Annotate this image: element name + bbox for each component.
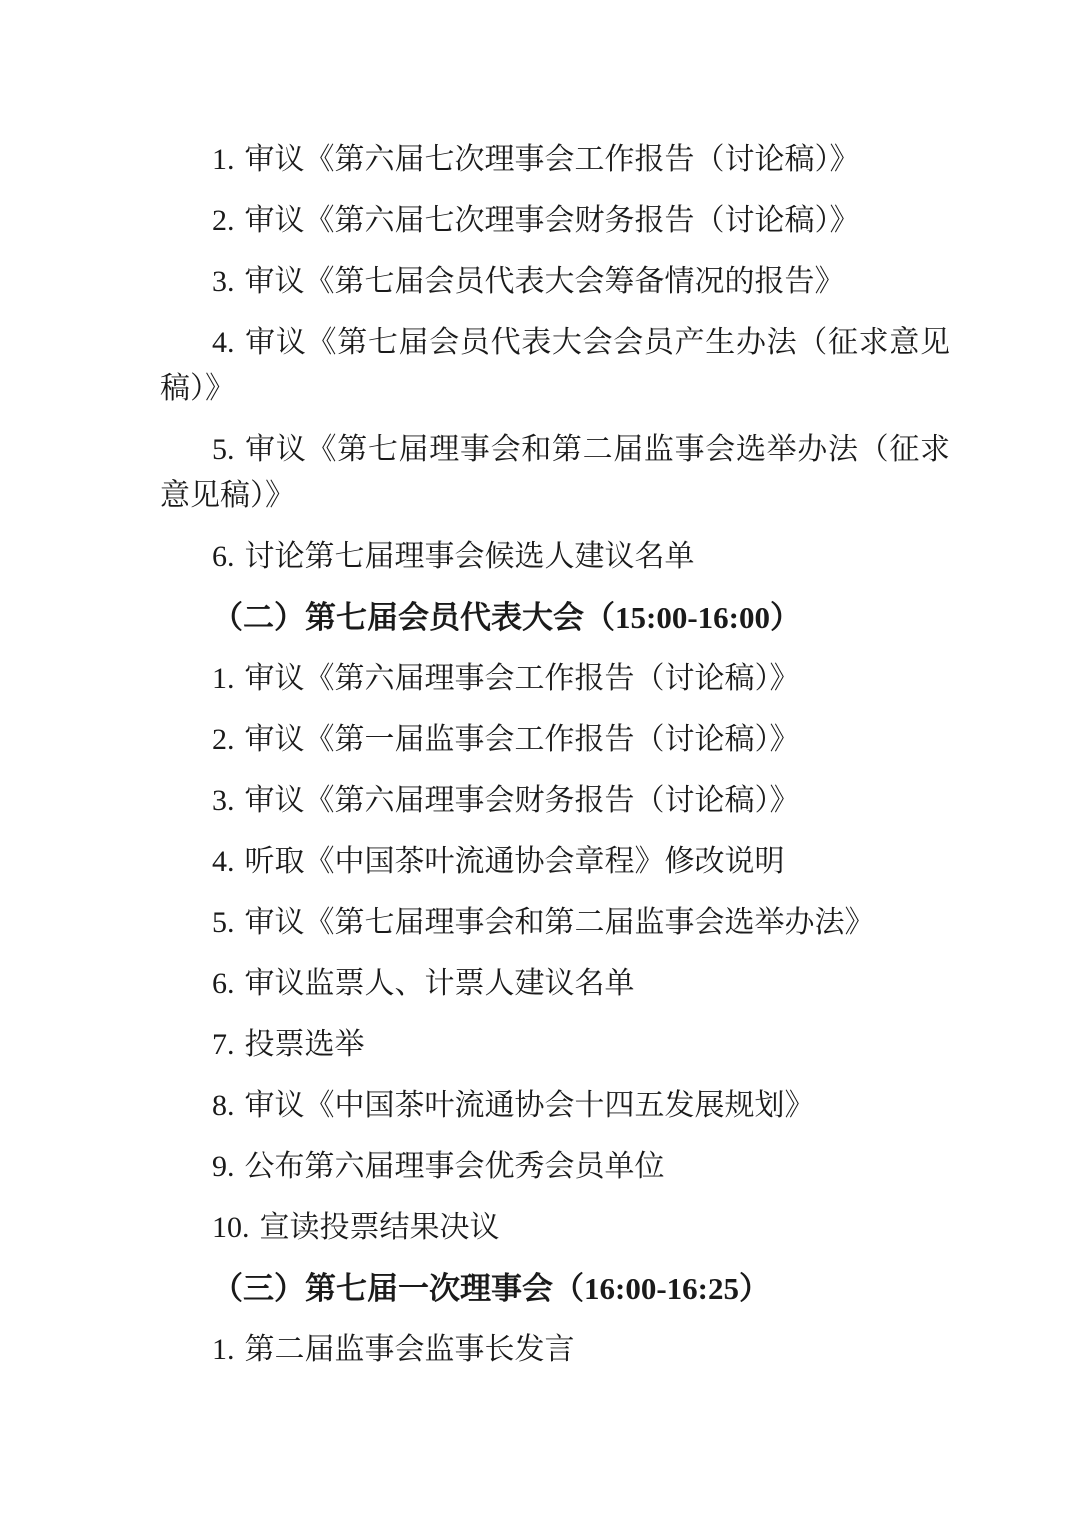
section-heading: （三）第七届一次理事会（16:00-16:25） (160, 1266, 950, 1312)
agenda-item: 7.投票选举 (160, 1022, 950, 1068)
item-number: 1. (212, 1333, 235, 1366)
item-text: 审议《第七届理事会和第二届监事会选举办法》 (245, 906, 875, 939)
document-page: 1.审议《第六届七次理事会工作报告（讨论稿）》2.审议《第六届七次理事会财务报告… (0, 0, 1080, 1527)
item-text: 审议《第六届理事会财务报告（讨论稿）》 (245, 784, 800, 817)
item-text: 审议《第六届七次理事会工作报告（讨论稿）》 (245, 143, 860, 176)
agenda-body: 1.审议《第六届七次理事会工作报告（讨论稿）》2.审议《第六届七次理事会财务报告… (160, 137, 950, 1388)
agenda-item: 1.审议《第六届理事会工作报告（讨论稿）》 (160, 656, 950, 702)
item-number: 10. (212, 1211, 250, 1244)
item-number: 6. (212, 967, 235, 1000)
item-number: 1. (212, 662, 235, 695)
agenda-item: 3.审议《第六届理事会财务报告（讨论稿）》 (160, 778, 950, 824)
item-number: 8. (212, 1089, 235, 1122)
item-number: 3. (212, 265, 235, 298)
item-number: 2. (212, 723, 235, 756)
agenda-item: 9.公布第六届理事会优秀会员单位 (160, 1144, 950, 1190)
item-number: 7. (212, 1028, 235, 1061)
agenda-item: 4.听取《中国茶叶流通协会章程》修改说明 (160, 839, 950, 885)
agenda-item: 2.审议《第一届监事会工作报告（讨论稿）》 (160, 717, 950, 763)
item-number: 9. (212, 1150, 235, 1183)
item-text: 宣读投票结果决议 (260, 1211, 500, 1244)
item-number: 3. (212, 784, 235, 817)
agenda-section: （三）第七届一次理事会（16:00-16:25）1.第二届监事会监事长发言 (160, 1266, 950, 1373)
agenda-item: 8.审议《中国茶叶流通协会十四五发展规划》 (160, 1083, 950, 1129)
item-number: 4. (212, 845, 235, 878)
agenda-item: 4.审议《第七届会员代表大会会员产生办法（征求意见稿）》 (160, 320, 950, 412)
item-text: 讨论第七届理事会候选人建议名单 (245, 540, 695, 573)
item-text: 投票选举 (245, 1028, 365, 1061)
item-text: 审议《第六届七次理事会财务报告（讨论稿）》 (245, 204, 860, 237)
item-text: 第二届监事会监事长发言 (245, 1333, 575, 1366)
item-text: 审议《第七届会员代表大会会员产生办法（征求意见稿）》 (160, 326, 950, 405)
item-text: 审议《中国茶叶流通协会十四五发展规划》 (245, 1089, 815, 1122)
item-number: 1. (212, 143, 235, 176)
item-number: 4. (212, 326, 235, 359)
agenda-item: 5.审议《第七届理事会和第二届监事会选举办法（征求意见稿）》 (160, 427, 950, 519)
agenda-item: 10.宣读投票结果决议 (160, 1205, 950, 1251)
agenda-item: 1.第二届监事会监事长发言 (160, 1327, 950, 1373)
agenda-section: （二）第七届会员代表大会（15:00-16:00）1.审议《第六届理事会工作报告… (160, 595, 950, 1251)
item-text: 审议监票人、计票人建议名单 (245, 967, 635, 1000)
agenda-item: 6.审议监票人、计票人建议名单 (160, 961, 950, 1007)
item-text: 公布第六届理事会优秀会员单位 (245, 1150, 665, 1183)
item-number: 2. (212, 204, 235, 237)
item-text: 审议《第七届理事会和第二届监事会选举办法（征求意见稿）》 (160, 433, 950, 512)
item-number: 6. (212, 540, 235, 573)
section-heading: （二）第七届会员代表大会（15:00-16:00） (160, 595, 950, 641)
agenda-item: 1.审议《第六届七次理事会工作报告（讨论稿）》 (160, 137, 950, 183)
item-text: 审议《第六届理事会工作报告（讨论稿）》 (245, 662, 800, 695)
item-text: 审议《第七届会员代表大会筹备情况的报告》 (245, 265, 845, 298)
item-text: 审议《第一届监事会工作报告（讨论稿）》 (245, 723, 800, 756)
item-number: 5. (212, 906, 235, 939)
item-text: 听取《中国茶叶流通协会章程》修改说明 (245, 845, 785, 878)
agenda-item: 3.审议《第七届会员代表大会筹备情况的报告》 (160, 259, 950, 305)
agenda-section: 1.审议《第六届七次理事会工作报告（讨论稿）》2.审议《第六届七次理事会财务报告… (160, 137, 950, 580)
item-number: 5. (212, 433, 235, 466)
agenda-item: 5.审议《第七届理事会和第二届监事会选举办法》 (160, 900, 950, 946)
agenda-item: 2.审议《第六届七次理事会财务报告（讨论稿）》 (160, 198, 950, 244)
agenda-item: 6.讨论第七届理事会候选人建议名单 (160, 534, 950, 580)
